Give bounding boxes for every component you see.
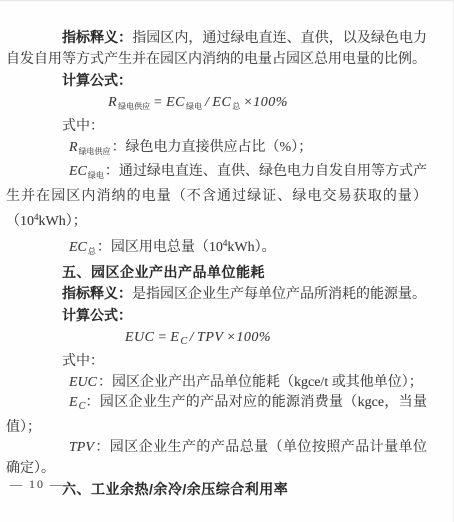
page-number: — 10 — bbox=[10, 477, 64, 492]
formula-unit-energy-consumption: EUC=EC/TPV×100% bbox=[6, 328, 427, 353]
definition-ec-energy: EC：园区企业生产的产品对应的能源消费量（kgce，当量值）； bbox=[6, 393, 427, 438]
formula-green-power-ratio: R绿电供应=EC绿电/EC总×100% bbox=[6, 93, 427, 118]
text-run: EC bbox=[165, 95, 186, 110]
text-run: ：园区企业产出产品单位能耗（kgce/t 或其他单位）； bbox=[98, 375, 423, 390]
definition-ec-total: EC总：园区用电总量（104kWh）。 bbox=[6, 233, 427, 263]
paragraph-indicator-definition-1: 指标释义：指园区内，通过绿电直连、直供，以及绿色电力自发自用等方式产生并在园区内… bbox=[6, 27, 427, 70]
text-run: kWh）； bbox=[39, 214, 87, 229]
text-run: 计算公式： bbox=[62, 307, 132, 323]
document-page: 指标释义：指园区内，通过绿电直连、直供，以及绿色电力自发自用等方式产生并在园区内… bbox=[0, 0, 454, 522]
text-run: EC bbox=[211, 95, 232, 110]
text-run: R bbox=[68, 140, 79, 155]
definition-tpv: TPV：园区企业生产的产品总量（单位按照产品计量单位确定）。 bbox=[6, 438, 427, 479]
text-run: EUC bbox=[68, 375, 98, 390]
text-run: 绿电供应 bbox=[79, 147, 112, 156]
text-run: 六、工业余热/余冷/余压综合利用率 bbox=[62, 481, 288, 497]
text-run: TPV bbox=[68, 440, 95, 455]
paragraph-where-2: 式中： bbox=[6, 352, 427, 373]
text-run: 绿电 bbox=[88, 171, 105, 180]
text-run: EUC bbox=[124, 330, 156, 345]
text-run: 五、园区企业产出产品单位能耗 bbox=[62, 264, 265, 280]
text-run: 绿电 bbox=[186, 102, 203, 111]
paragraph-formula-caption-1: 计算公式： bbox=[6, 70, 427, 93]
text-run: E bbox=[68, 395, 79, 410]
text-run: 指标释义： bbox=[62, 29, 132, 45]
text-run: 式中： bbox=[62, 354, 104, 369]
text-run: 指标释义： bbox=[62, 285, 132, 301]
document-body: 指标释义：指园区内，通过绿电直连、直供，以及绿色电力自发自用等方式产生并在园区内… bbox=[6, 27, 427, 500]
text-run: 是指园区企业生产每单位产品所消耗的能源量。 bbox=[132, 287, 426, 302]
definition-ec-green: EC绿电：通过绿电直连、直供、绿色电力自发自用等方式产生并在园区内消纳的电量（不… bbox=[6, 162, 427, 233]
paragraph-formula-caption-2: 计算公式： bbox=[6, 305, 427, 328]
definition-euc: EUC：园区企业产出产品单位能耗（kgce/t 或其他单位）； bbox=[6, 373, 427, 394]
paragraph-where-1: 式中： bbox=[6, 117, 427, 138]
section-heading-6: 六、工业余热/余冷/余压综合利用率 bbox=[6, 479, 427, 500]
text-run: EC bbox=[68, 240, 88, 255]
paragraph-indicator-definition-2: 指标释义：是指园区企业生产每单位产品所消耗的能源量。 bbox=[6, 283, 427, 306]
text-run: ：园区用电总量（10 bbox=[97, 240, 223, 255]
definition-r-green-supply: R绿电供应：绿色电力直接供应占比（%）； bbox=[6, 138, 427, 163]
text-run: E bbox=[169, 330, 180, 345]
scan-edge-top bbox=[0, 0, 454, 2]
text-run: = bbox=[155, 330, 169, 345]
text-run: EC bbox=[68, 164, 88, 179]
text-run: C bbox=[180, 336, 187, 347]
text-run: TPV bbox=[196, 330, 224, 345]
text-run: kWh）。 bbox=[227, 240, 275, 255]
text-run: 计算公式： bbox=[62, 72, 132, 88]
section-heading-5: 五、园区企业产出产品单位能耗 bbox=[6, 262, 427, 283]
text-run: / bbox=[188, 330, 196, 345]
text-run: ×100% bbox=[224, 330, 273, 345]
text-run: ×100% bbox=[241, 95, 290, 110]
text-run: 总 bbox=[88, 247, 97, 256]
text-run: = bbox=[151, 95, 165, 110]
text-run: R bbox=[107, 95, 118, 110]
text-run: 总 bbox=[232, 102, 241, 111]
text-run: 绿电供应 bbox=[118, 102, 151, 111]
text-run: 式中： bbox=[62, 119, 104, 134]
text-run: ：绿色电力直接供应占比（%）； bbox=[112, 140, 313, 155]
